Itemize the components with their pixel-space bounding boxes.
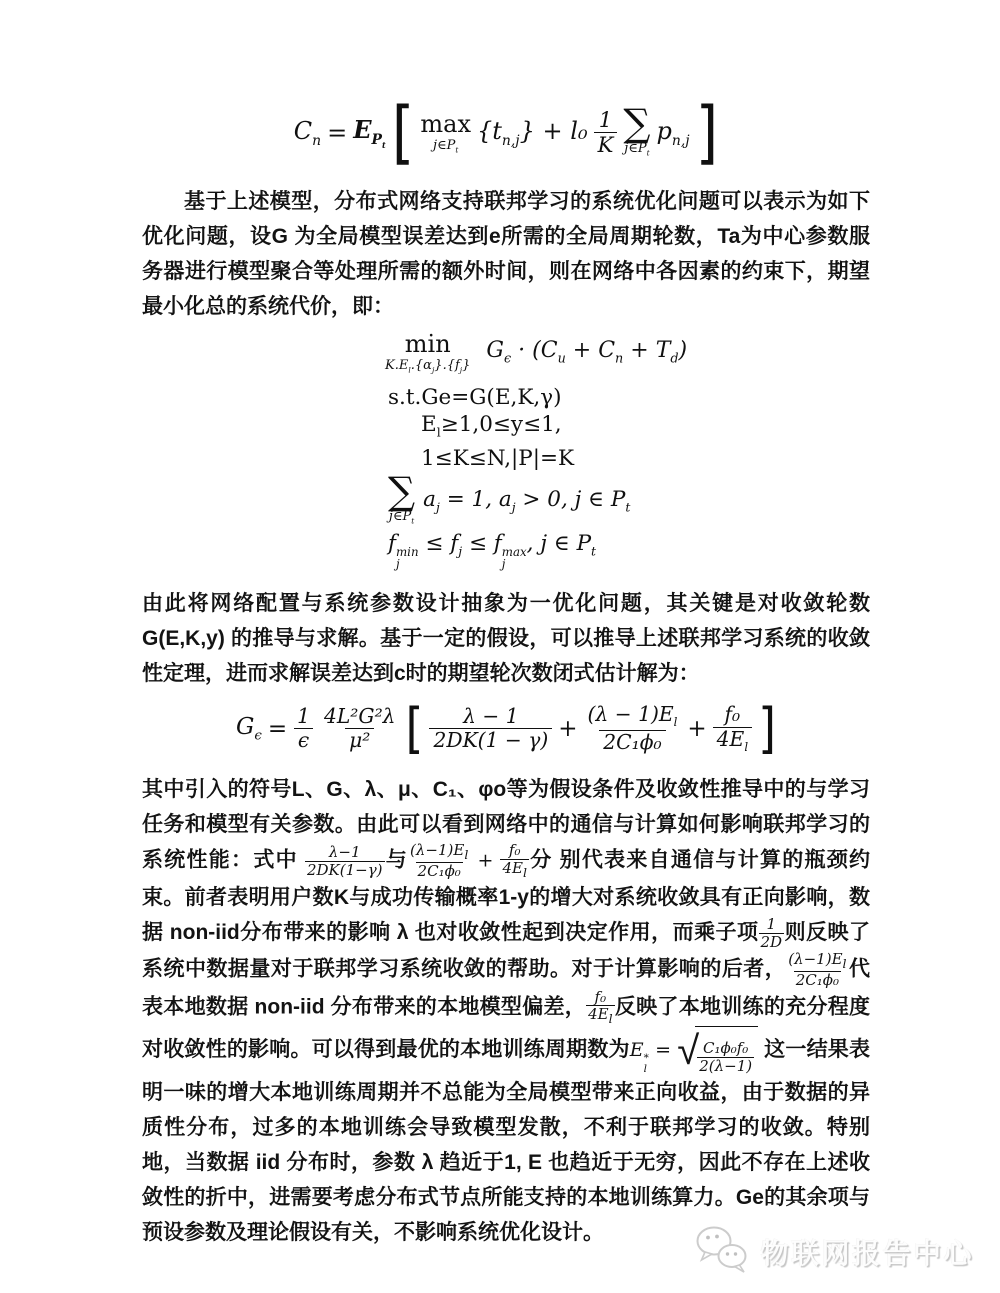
right-bracket: ] (758, 709, 776, 748)
formula-ge-lhs: Gϵ (236, 714, 262, 744)
min-operator: min K.El.{αj}.{fj} (385, 332, 470, 374)
fraction-comm: λ − 12DK(1 − γ) (429, 705, 552, 753)
formula-cn-term1: {tn,j} + l₀ (477, 117, 588, 149)
fraction-1-over-k: 1 K (594, 108, 618, 158)
fraction-1-over-eps: 1ϵ (293, 705, 314, 753)
constraint-k: 1≤K≤N,|P|=K (388, 445, 870, 472)
constraint-sum: ∑ j∈Pt aj = 1, aj > 0, j ∈ Pt (388, 476, 870, 525)
objective-expression: Gϵ · (Cu + Cn + Td) (486, 338, 687, 366)
fraction-f0: f₀4El (713, 703, 752, 754)
constraint-sum-body: aj = 1, aj > 0, j ∈ Pt (423, 487, 630, 514)
formula-constraints: s.t.Ge=G(E,K,γ) El≥1,0≤y≤1, 1≤K≤N,|P|=K … (388, 384, 870, 571)
formula-cn-lhs: Cn (294, 117, 321, 149)
inline-fraction-bias: (λ−1)El2C₁ϕ₀ (408, 842, 470, 880)
max-operator: max j∈Pt (420, 112, 471, 154)
formula-gepsilon: Gϵ = 1ϵ 4L²G²λμ² [ λ − 12DK(1 − γ) + (λ … (142, 703, 870, 754)
plus-sign: + (558, 716, 577, 742)
left-bracket: [ (392, 108, 415, 157)
p3-text: 与 (385, 849, 409, 872)
inline-fraction-f0: f₀4El (500, 842, 529, 880)
formula-objective: min K.El.{αj}.{fj} Gϵ · (Cu + Cn + Td) (385, 332, 870, 374)
constraint-frequency: fminj ≤ fj ≤ fmaxj, j ∈ Pt (388, 527, 870, 570)
constraint-st: s.t.Ge=G(E,K,γ) (388, 384, 870, 411)
expectation-operator: EPt (353, 115, 386, 150)
inline-fraction-f0: f₀4El (586, 989, 615, 1027)
document-content: Cn = EPt [ max j∈Pt {tn,j} + l₀ 1 K ∑ j∈… (142, 106, 870, 1250)
inline-fraction-2d: 12D (759, 916, 785, 951)
right-bracket: ] (696, 108, 719, 157)
p3-text: 这一结果表明一味的增大本地训练周期并不总能为全局模型带来正向收益，由于数据的异质… (142, 1038, 870, 1244)
paragraph-3: 其中引入的符号L、G、λ、μ、C₁、φo等为假设条件及收敛性推导中的与学习任务和… (142, 772, 870, 1250)
sum-operator: ∑ j∈Pt (388, 476, 415, 525)
formula-cn-term2: pn,j (656, 117, 689, 149)
sqrt-expression: √C₁ϕ₀f₀2(λ−1) (677, 1026, 758, 1075)
sum-operator: ∑ j∈Pt (623, 108, 650, 157)
footer-watermark: 物联网报告中心 (694, 1224, 974, 1279)
wechat-icon (694, 1224, 750, 1279)
document-page: Cn = EPt [ max j∈Pt {tn,j} + l₀ 1 K ∑ j∈… (0, 0, 1000, 1293)
left-bracket: [ (406, 709, 424, 748)
equals-sign: = (268, 716, 287, 742)
paragraph-1: 基于上述模型，分布式网络支持联邦学习的系统优化问题可以表示为如下优化问题，设G … (142, 184, 870, 324)
constraint-el: El≥1,0≤y≤1, (388, 411, 870, 445)
inline-fraction-bias: (λ−1)El2C₁ϕ₀ (786, 951, 848, 989)
plus-sign: + (477, 850, 493, 872)
plus-sign: + (687, 716, 706, 742)
fraction-local-bias: (λ − 1)El2C₁ϕ₀ (584, 703, 682, 754)
paragraph-2: 由此将网络配置与系统参数设计抽象为一优化问题，其关键是对收敛轮数G(E,K,y)… (142, 586, 870, 691)
formula-cn: Cn = EPt [ max j∈Pt {tn,j} + l₀ 1 K ∑ j∈… (142, 108, 870, 158)
inline-fraction-comm: λ−12DK(1−γ) (305, 844, 385, 879)
fraction-4l2g2: 4L²G²λμ² (320, 705, 400, 753)
watermark-label: 物联网报告中心 (760, 1232, 974, 1272)
optimal-period-formula: E*l = (630, 1039, 678, 1061)
equals-sign: = (327, 119, 347, 147)
